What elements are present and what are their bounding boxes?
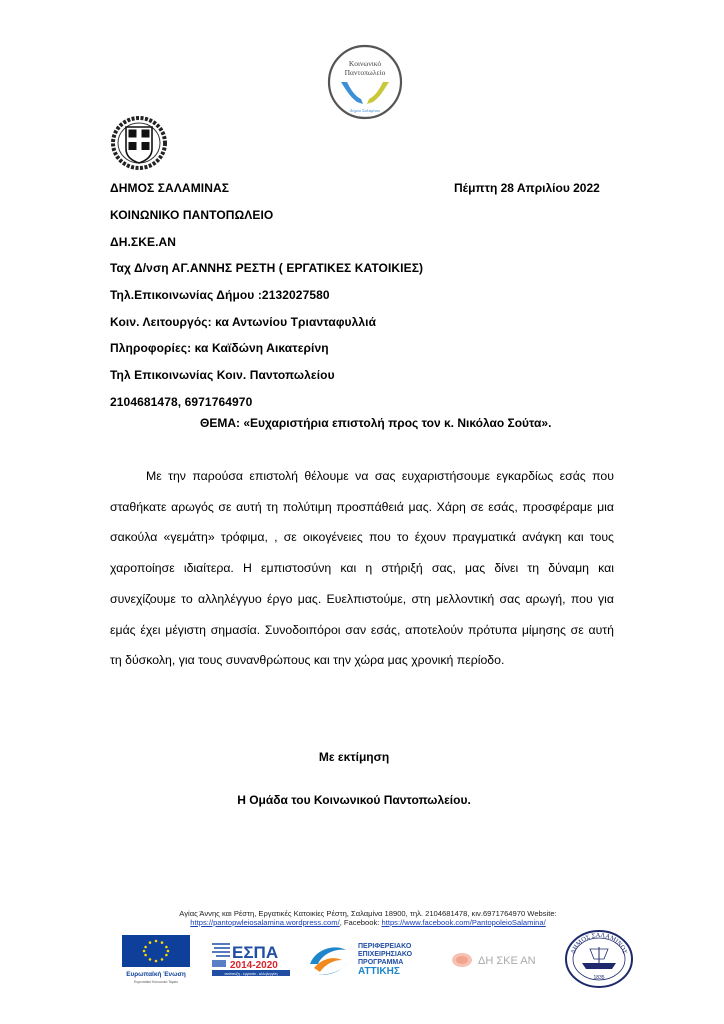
salamina-municipality-seal: ΔΗΜΟΣ ΣΑΛΑΜΙΝΟΣ 1835 xyxy=(564,929,634,989)
svg-text:ΠΕΡΙΦΕΡΕΙΑΚΟ: ΠΕΡΙΦΕΡΕΙΑΚΟ xyxy=(358,943,412,950)
greek-coat-of-arms xyxy=(110,115,168,171)
logo-line1: Κοινωνικό xyxy=(349,59,382,68)
salamina-municipality-seal-icon: ΔΗΜΟΣ ΣΑΛΑΜΙΝΟΣ 1835 xyxy=(564,929,634,989)
espa-logo: ΕΣΠΑ 2014-2020 ανάπτυξη - εργασία - αλλη… xyxy=(210,938,292,978)
svg-text:ανάπτυξη - εργασία - αλληλεγγύ: ανάπτυξη - εργασία - αλληλεγγύη xyxy=(224,972,277,976)
letter-date: Πέμπτη 28 Απριλίου 2022 xyxy=(454,181,600,195)
greek-coat-of-arms-icon xyxy=(110,115,168,171)
facebook-label: , Facebook: xyxy=(340,918,382,927)
logo-line3: Δήμου Σαλαμίνας xyxy=(350,108,381,113)
pep-line4: ΑΤΤΙΚΗΣ xyxy=(358,966,400,977)
postal-address: Ταχ Δ/νση ΑΓ.ΑΝΝΗΣ ΡΕΣΤΗ ( ΕΡΓΑΤΙΚΕΣ ΚΑΤ… xyxy=(110,261,423,275)
letter-subject: ΘΕΜΑ: «Ευχαριστήρια επιστολή προς τον κ.… xyxy=(200,416,551,430)
website-link[interactable]: https://pantopwleiosalamina.wordpress.co… xyxy=(190,918,339,927)
unit-name: ΔΗ.ΣΚΕ.ΑΝ xyxy=(110,235,176,249)
espa-years: 2014-2020 xyxy=(230,960,278,971)
grocery-phones: 2104681478, 6971764970 xyxy=(110,395,252,409)
footer-links-line: https://pantopwleiosalamina.wordpress.co… xyxy=(118,918,618,927)
svg-text:ΠΡΟΓΡΑΜΜΑ: ΠΡΟΓΡΑΜΜΑ xyxy=(358,959,403,966)
svg-text:Ευρωπαϊκή Ένωση: Ευρωπαϊκή Ένωση xyxy=(126,971,186,978)
social-worker: Κοιν. Λειτουργός: κα Αντωνίου Τριανταφυλ… xyxy=(110,315,376,329)
letter-body: Με την παρούσα επιστολή θέλουμε να σας ε… xyxy=(110,461,614,676)
diskean-title: ΔΗ ΣΚΕ ΑΝ xyxy=(478,955,536,967)
svg-text:ΑΤΤΙΚΗΣ: ΑΤΤΙΚΗΣ xyxy=(358,966,400,977)
eu-flag-icon: Ευρωπαϊκή Ένωση Ευρωπαϊκό Κοινωνικό Ταμε… xyxy=(120,935,192,985)
closing-signature: Η Ομάδα του Κοινωνικού Παντοπωλείου. xyxy=(0,793,716,807)
svg-text:Ευρωπαϊκό Κοινωνικό Ταμείο: Ευρωπαϊκό Κοινωνικό Ταμείο xyxy=(134,980,178,984)
eu-subtitle: Ευρωπαϊκό Κοινωνικό Ταμείο xyxy=(134,980,178,984)
footer-address-line: Αγίας Άννης και Ρέστη, Εργατικές Κατοικί… xyxy=(118,909,618,918)
espa-logo-icon: ΕΣΠΑ 2014-2020 ανάπτυξη - εργασία - αλλη… xyxy=(210,938,292,978)
pep-line2: ΕΠΙΧΕΙΡΗΣΙΑΚΟ xyxy=(358,951,413,958)
svg-text:Δήμου Σαλαμίνας: Δήμου Σαλαμίνας xyxy=(350,108,381,113)
eu-title: Ευρωπαϊκή Ένωση xyxy=(126,971,186,978)
social-grocery-logo: Κοινωνικό Παντοπωλείο Δήμου Σαλαμίνας xyxy=(327,44,403,120)
svg-text:Παντοπωλείο: Παντοπωλείο xyxy=(345,68,386,77)
pep-attica-logo-icon: ΠΕΡΙΦΕΡΕΙΑΚΟ ΕΠΙΧΕΙΡΗΣΙΑΚΟ ΠΡΟΓΡΑΜΜΑ ΑΤΤ… xyxy=(306,938,436,980)
municipality-phone: Τηλ.Επικοινωνίας Δήμου :2132027580 xyxy=(110,288,330,302)
closing-regards: Με εκτίμηση xyxy=(0,750,716,764)
svg-text:ΔΗ ΣΚΕ ΑΝ: ΔΗ ΣΚΕ ΑΝ xyxy=(478,955,536,967)
diskean-logo: ΔΗ ΣΚΕ ΑΝ xyxy=(450,950,552,970)
eu-logo: Ευρωπαϊκή Ένωση Ευρωπαϊκό Κοινωνικό Ταμε… xyxy=(120,935,192,985)
body-paragraph: Με την παρούσα επιστολή θέλουμε να σας ε… xyxy=(110,461,614,676)
svg-text:2014-2020: 2014-2020 xyxy=(230,960,278,971)
espa-tagline: ανάπτυξη - εργασία - αλληλεγγύη xyxy=(224,972,277,976)
seal-year: 1835 xyxy=(593,975,604,981)
department-name: ΚΟΙΝΩΝΙΚΟ ΠΑΝΤΟΠΩΛΕΙΟ xyxy=(110,208,273,222)
social-grocery-hands-logo-icon: Κοινωνικό Παντοπωλείο Δήμου Σαλαμίνας xyxy=(327,44,403,120)
footer-address: Αγίας Άννης και Ρέστη, Εργατικές Κατοικί… xyxy=(118,909,618,927)
pep-attica-logo: ΠΕΡΙΦΕΡΕΙΑΚΟ ΕΠΙΧΕΙΡΗΣΙΑΚΟ ΠΡΟΓΡΑΜΜΑ ΑΤΤ… xyxy=(306,938,436,980)
letter-page: Κοινωνικό Παντοπωλείο Δήμου Σαλαμίνας ΔΗ… xyxy=(0,0,724,1024)
municipality-name: ΔΗΜΟΣ ΣΑΛΑΜΙΝΑΣ xyxy=(110,181,229,195)
pep-line3: ΠΡΟΓΡΑΜΜΑ xyxy=(358,959,403,966)
info-contact: Πληροφορίες: κα Καϊδώνη Αικατερίνη xyxy=(110,341,329,355)
grocery-phone-label: Τηλ Επικοινωνίας Κοιν. Παντοπωλείου xyxy=(110,368,335,382)
diskean-logo-icon: ΔΗ ΣΚΕ ΑΝ xyxy=(450,950,552,970)
svg-text:Κοινωνικό: Κοινωνικό xyxy=(349,59,382,68)
facebook-link[interactable]: https://www.facebook.com/PantopoleioSala… xyxy=(382,918,546,927)
svg-text:ΕΠΙΧΕΙΡΗΣΙΑΚΟ: ΕΠΙΧΕΙΡΗΣΙΑΚΟ xyxy=(358,951,413,958)
svg-text:1835: 1835 xyxy=(593,975,604,981)
logo-line2: Παντοπωλείο xyxy=(345,68,386,77)
pep-line1: ΠΕΡΙΦΕΡΕΙΑΚΟ xyxy=(358,943,412,950)
